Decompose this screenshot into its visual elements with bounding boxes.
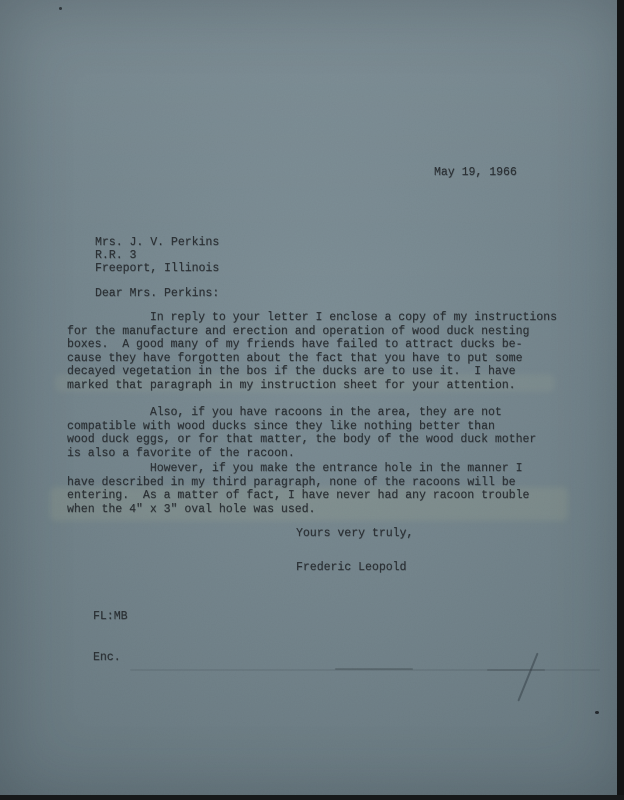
smudge-mark [487, 669, 545, 671]
signature-name: Frederic Leopold [296, 561, 406, 575]
recipient-address: Mrs. J. V. Perkins R.R. 3 Freeport, Illi… [95, 236, 219, 275]
salutation: Dear Mrs. Perkins: [95, 287, 219, 301]
reference-block: FL:MB Enc. [93, 583, 128, 691]
pencil-mark [517, 653, 538, 702]
smudge-mark [335, 668, 413, 670]
scan-edge-bottom [0, 795, 624, 800]
complimentary-close: Yours very truly, [296, 527, 413, 541]
scanned-letter-page: May 19, 1966 Mrs. J. V. Perkins R.R. 3 F… [0, 0, 624, 800]
scan-edge-right [617, 0, 624, 800]
body-paragraph-2: Also, if you have racoons in the area, t… [67, 406, 536, 460]
body-paragraph-1: In reply to your letter I enclose a copy… [67, 311, 557, 392]
typist-initials: FL:MB [93, 610, 128, 624]
ink-speck [595, 711, 599, 714]
body-paragraph-3: However, if you make the entrance hole i… [67, 462, 529, 516]
enclosure-notation: Enc. [93, 651, 128, 665]
ink-speck [59, 7, 62, 10]
date-line: May 19, 1966 [434, 166, 517, 180]
